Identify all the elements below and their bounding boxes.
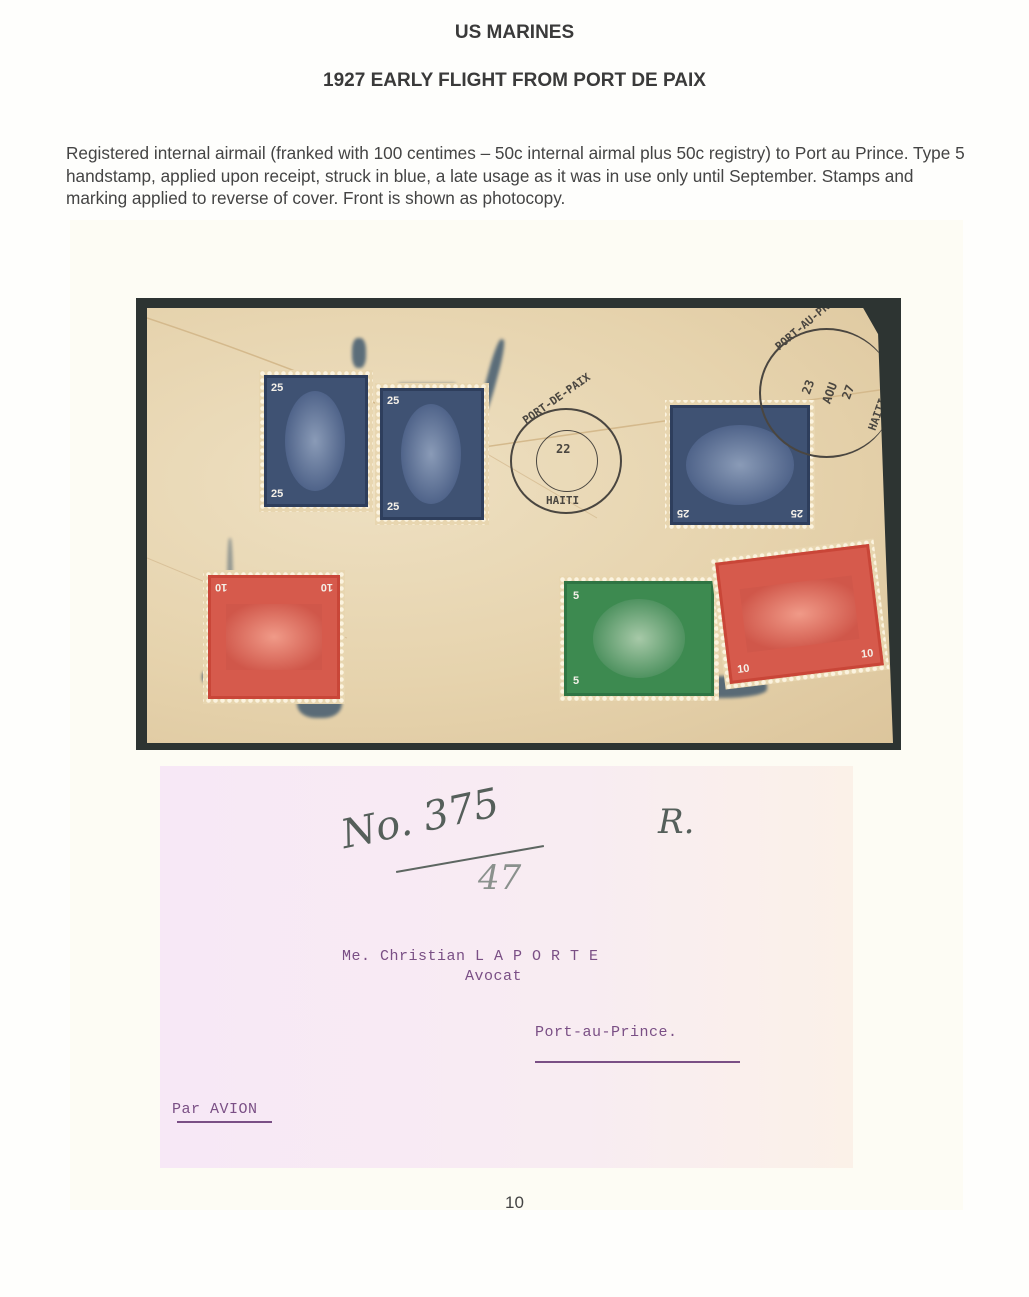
- airmail-underline: [177, 1121, 272, 1123]
- cover-front-photocopy: No. 375 47 R. Me. Christian L A P O R T …: [160, 766, 853, 1168]
- stamp-10c-red-2: 10 10: [710, 538, 890, 689]
- page-subheading: 1927 EARLY FLIGHT FROM PORT DE PAIX: [0, 70, 1029, 92]
- stamp-25c-blue-2: 25 25: [375, 383, 489, 525]
- registration-number: No. 375: [337, 780, 503, 858]
- address-city: Port-au-Prince.: [535, 1024, 678, 1041]
- page-number: 10: [0, 1193, 1029, 1213]
- address-title: Avocat: [465, 968, 522, 985]
- airmail-label: Par AVION: [172, 1101, 258, 1118]
- description-text: Registered internal airmail (franked wit…: [66, 142, 976, 210]
- registered-mark: R.: [658, 802, 694, 842]
- postmark-port-au-prince: PORT-AU-PRINCE 23 AOU 27 HAITI: [759, 328, 894, 458]
- stamp-10c-red-1: 10 10: [203, 570, 345, 704]
- registration-sub-number: 47: [478, 858, 521, 898]
- address-underline: [535, 1061, 740, 1063]
- stamp-25c-blue-1: 25 25: [259, 370, 373, 512]
- registration-underline: [396, 845, 544, 873]
- postmark-port-de-paix: PORT-DE-PAIX 22 HAITI: [510, 408, 622, 514]
- address-name: Me. Christian L A P O R T E: [342, 948, 599, 965]
- cover-reverse-image: 25 25 25 25 25 25 10 10 5 5 10 10: [147, 308, 893, 743]
- stamp-5c-green: 5 5: [559, 576, 719, 701]
- page-heading: US MARINES: [0, 22, 1029, 44]
